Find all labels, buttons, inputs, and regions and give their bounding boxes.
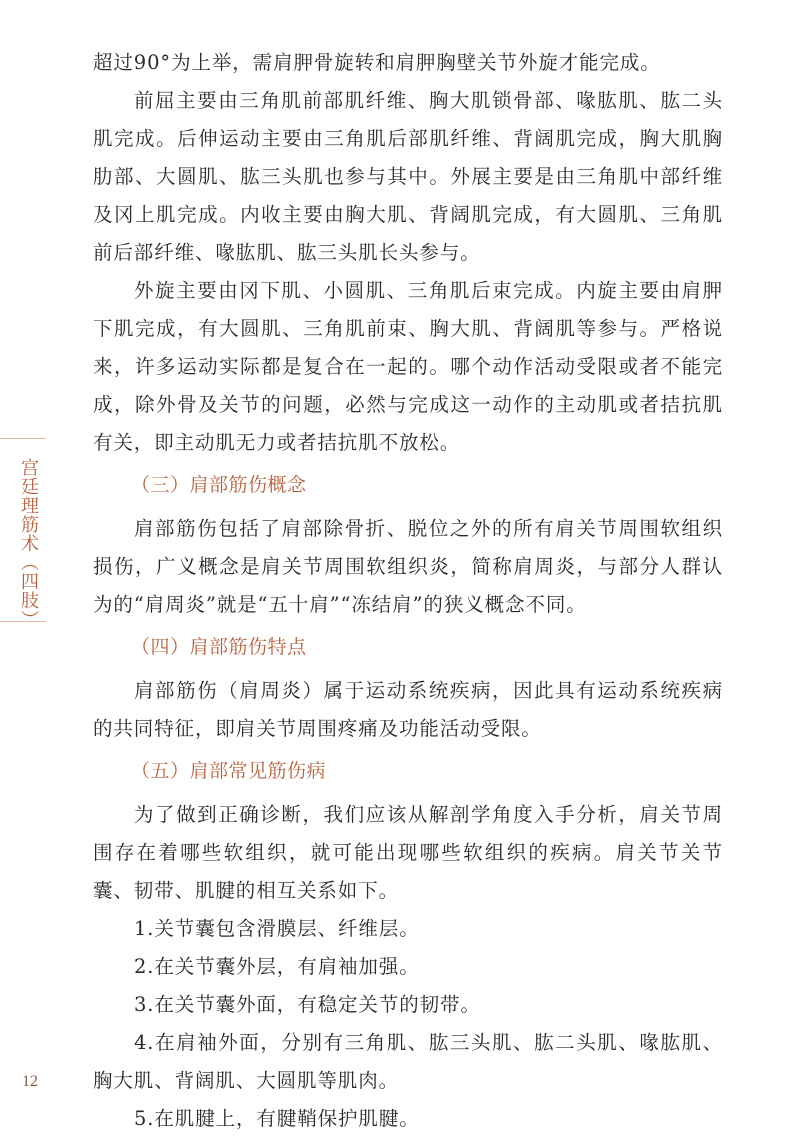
section-heading-5: （五）肩部常见筋伤病 [131,752,723,790]
list-item: 3.在关节囊外面，有稳定关节的韧带。 [93,986,723,1024]
side-tab: 宫廷理筋术（四肢） [0,438,46,622]
list-item: 4.在肩袖外面，分别有三角肌、肱三头肌、肱二头肌、喙肱肌、胸大肌、背阔肌、大圆肌… [93,1024,723,1100]
list-item: 5.在肌腱上，有腱鞘保护肌腱。 [93,1100,723,1138]
book-title-vertical: 宫廷理筋术（四肢） [16,458,38,622]
paragraph-features: 肩部筋伤（肩周炎）属于运动系统疾病，因此具有运动系统疾病的共同特征，即肩关节周围… [93,672,723,748]
side-rule-top [0,438,46,439]
paragraph-flexion-extension: 前屈主要由三角肌前部肌纤维、胸大肌锁骨部、喙肱肌、肱二头肌完成。后伸运动主要由三… [93,82,723,272]
page-number: 12 [22,1073,38,1091]
list-item: 2.在关节囊外层，有肩袖加强。 [93,948,723,986]
paragraph-common-injuries: 为了做到正确诊断，我们应该从解剖学角度入手分析，肩关节周围存在着哪些软组织，就可… [93,796,723,910]
section-heading-3: （三）肩部筋伤概念 [131,466,723,504]
paragraph-rotation: 外旋主要由冈下肌、小圆肌、三角肌后束完成。内旋主要由肩胛下肌完成，有大圆肌、三角… [93,272,723,462]
list-item: 1.关节囊包含滑膜层、纤维层。 [93,910,723,948]
side-rule-bottom [0,621,46,622]
paragraph-concept: 肩部筋伤包括了肩部除骨折、脱位之外的所有肩关节周围软组织损伤，广义概念是肩关节周… [93,510,723,624]
section-heading-4: （四）肩部筋伤特点 [131,628,723,666]
paragraph-continuation: 超过90°为上举，需肩胛骨旋转和肩胛胸壁关节外旋才能完成。 [93,44,723,82]
page-body: 超过90°为上举，需肩胛骨旋转和肩胛胸壁关节外旋才能完成。 前屈主要由三角肌前部… [93,44,723,1138]
